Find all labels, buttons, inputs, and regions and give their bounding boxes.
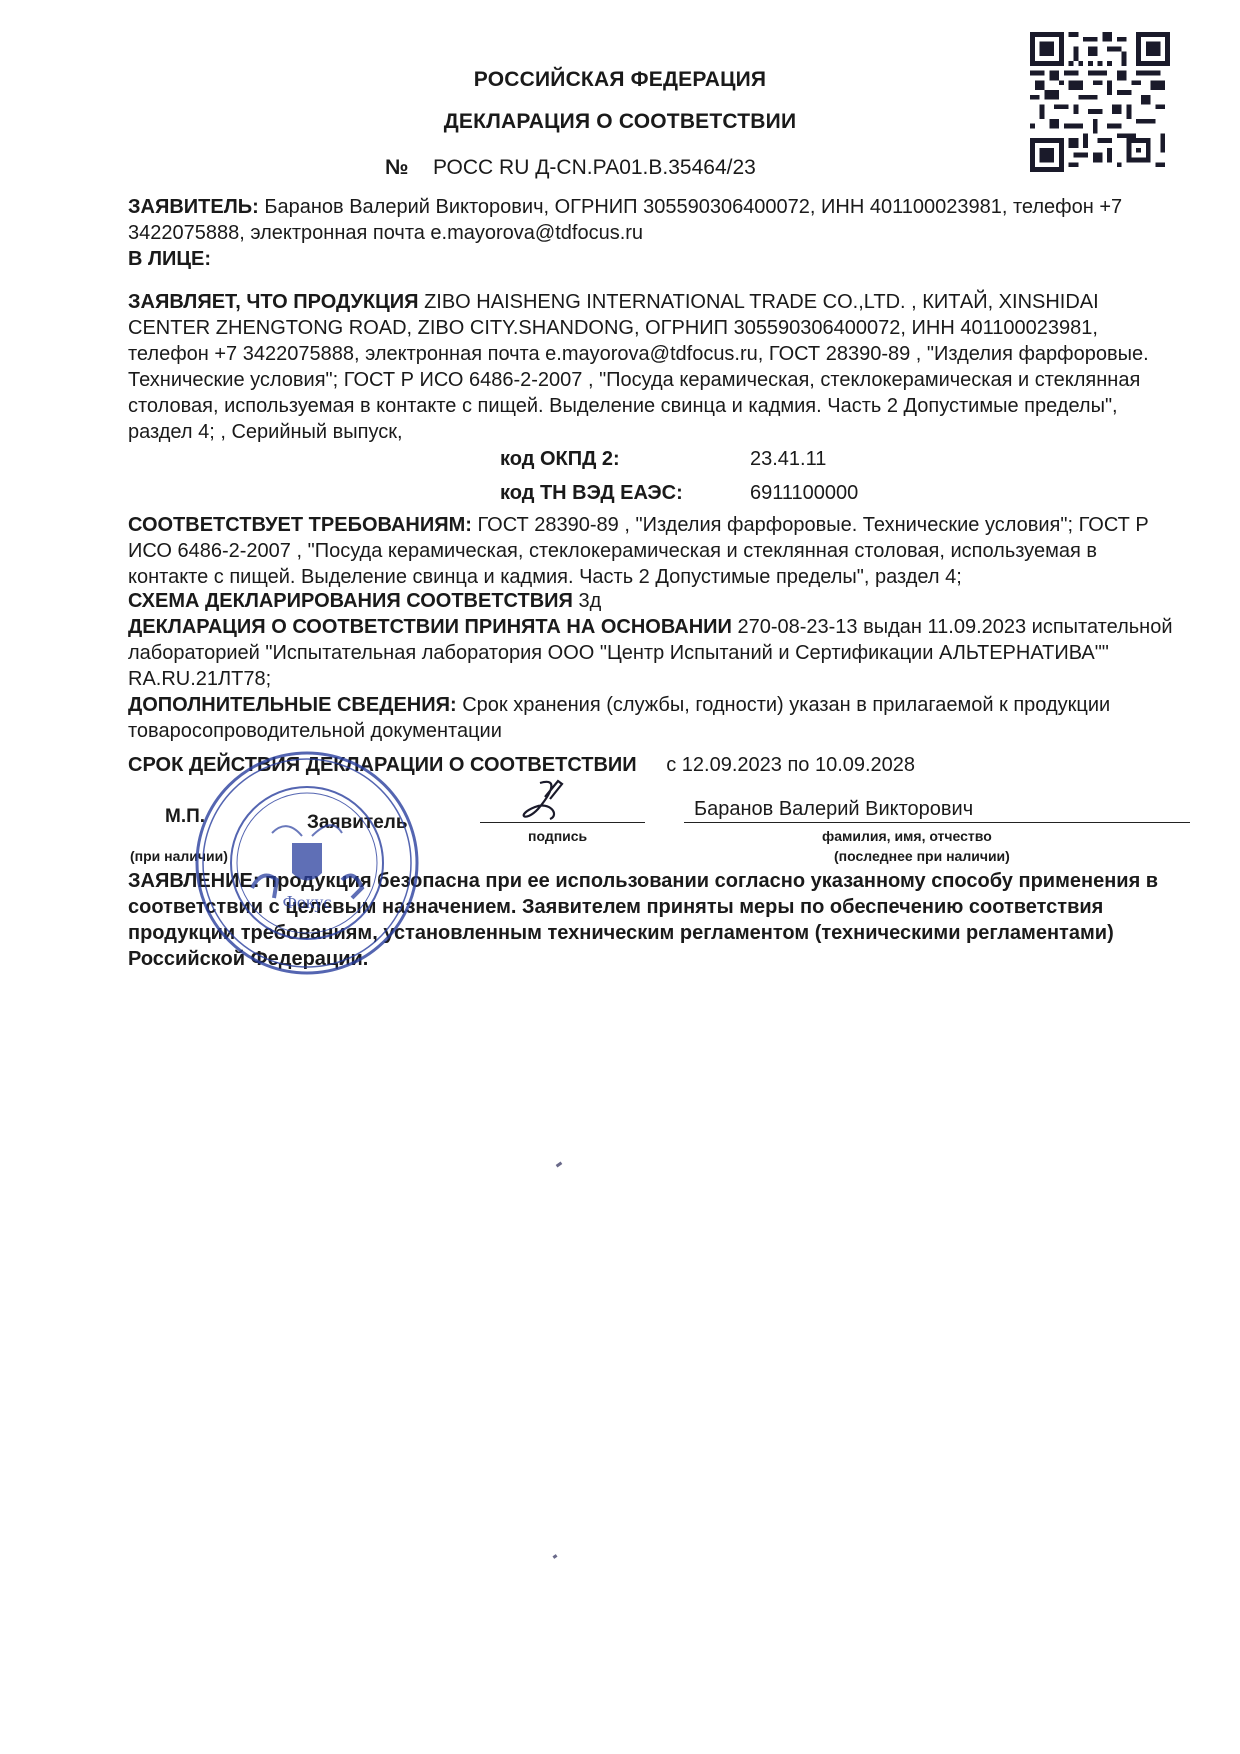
declares-label: ЗАЯВЛЯЕТ, ЧТО ПРОДУКЦИЯ	[128, 291, 419, 313]
scan-mark	[556, 1162, 563, 1168]
signature-line	[480, 822, 645, 823]
tnved-label: код ТН ВЭД ЕАЭС:	[500, 482, 683, 504]
document-type-title: ДЕКЛАРАЦИЯ О СООТВЕТСТВИИ	[0, 110, 1240, 134]
stamp-center-text: Фокус	[283, 892, 332, 912]
tnved-code-row: код ТН ВЭД ЕАЭС:	[500, 482, 683, 505]
number-sign: №	[385, 156, 433, 180]
tnved-value: 6911100000	[750, 482, 858, 505]
additional-label: ДОПОЛНИТЕЛЬНЫЕ СВЕДЕНИЯ:	[128, 694, 457, 716]
requirements-label: СООТВЕТСТВУЕТ ТРЕБОВАНИЯМ:	[128, 514, 472, 536]
signature-caption: подпись	[528, 828, 587, 844]
applicant-label: ЗАЯВИТЕЛЬ:	[128, 196, 259, 218]
additional-section: ДОПОЛНИТЕЛЬНЫЕ СВЕДЕНИЯ: Срок хранения (…	[128, 692, 1178, 744]
okpd-code-row: код ОКПД 2:	[500, 448, 620, 471]
product-section: ЗАЯВЛЯЕТ, ЧТО ПРОДУКЦИЯ ZIBO HAISHENG IN…	[128, 289, 1178, 445]
name-caption: фамилия, имя, отчество	[822, 828, 992, 844]
document-number-value: РОСС RU Д-CN.РА01.В.35464/23	[433, 156, 756, 179]
applicant-section: ЗАЯВИТЕЛЬ: Баранов Валерий Викторович, О…	[128, 194, 1178, 272]
in-person-label: В ЛИЦЕ:	[128, 248, 211, 270]
declares-text: ZIBO HAISHENG INTERNATIONAL TRADE CO.,LT…	[128, 291, 1149, 443]
qr-code-icon	[1030, 32, 1170, 172]
declaration-page: РОССИЙСКАЯ ФЕДЕРАЦИЯ ДЕКЛАРАЦИЯ О СООТВЕ…	[0, 0, 1240, 1754]
okpd-label: код ОКПД 2:	[500, 448, 620, 470]
scheme-label: СХЕМА ДЕКЛАРИРОВАНИЯ СООТВЕТСТВИЯ	[128, 590, 573, 612]
requirements-section: СООТВЕТСТВУЕТ ТРЕБОВАНИЯМ: ГОСТ 28390-89…	[128, 512, 1178, 590]
company-stamp-icon: Фокус	[192, 748, 422, 978]
scheme-section: СХЕМА ДЕКЛАРИРОВАНИЯ СООТВЕТСТВИЯ 3д	[128, 588, 1178, 614]
okpd-value: 23.41.11	[750, 448, 826, 471]
basis-label: ДЕКЛАРАЦИЯ О СООТВЕТСТВИИ ПРИНЯТА НА ОСН…	[128, 616, 732, 638]
basis-section: ДЕКЛАРАЦИЯ О СООТВЕТСТВИИ ПРИНЯТА НА ОСН…	[128, 614, 1178, 692]
signatory-name: Баранов Валерий Викторович	[694, 798, 973, 821]
validity-value: с 12.09.2023 по 10.09.2028	[666, 754, 915, 776]
scheme-value: 3д	[578, 590, 601, 612]
signature-icon	[510, 775, 590, 825]
scan-mark	[553, 1554, 558, 1559]
name-line	[684, 822, 1190, 823]
name-caption-note: (последнее при наличии)	[834, 848, 1010, 864]
applicant-text: Баранов Валерий Викторович, ОГРНИП 30559…	[128, 196, 1122, 244]
document-number: №РОСС RU Д-CN.РА01.В.35464/23	[385, 156, 756, 180]
country-title: РОССИЙСКАЯ ФЕДЕРАЦИЯ	[0, 68, 1240, 92]
